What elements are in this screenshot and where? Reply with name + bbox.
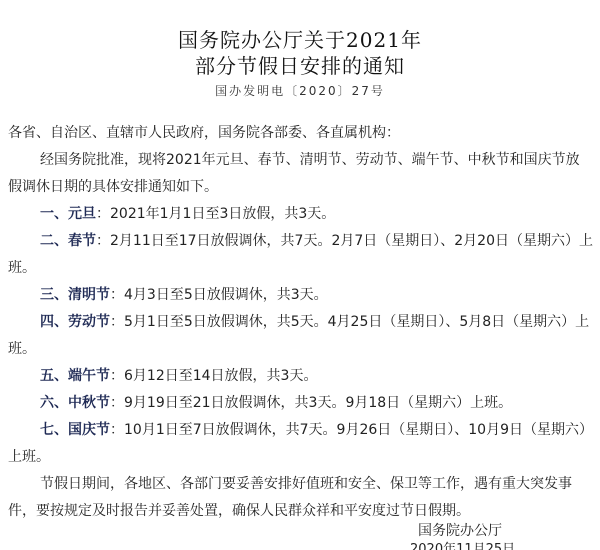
- intro-line-2: 假调休日期的具体安排通知如下。: [8, 178, 218, 196]
- holiday-name: 元旦: [68, 206, 96, 222]
- item-number: 六、: [40, 395, 68, 411]
- holiday-item-dragon-boat: 五、端午节：6月12日至14日放假，共3天。: [40, 367, 317, 385]
- closing-line-1: 节假日期间，各地区、各部门要妥善安排好值班和安全、保卫等工作，遇有重大突发事: [40, 475, 572, 493]
- holiday-item-national-day: 七、国庆节：10月1日至7日放假调休，共7天。9月26日（星期日）、10月9日（…: [40, 421, 593, 439]
- salutation: 各省、自治区、直辖市人民政府，国务院各部委、各直属机构：: [8, 124, 400, 142]
- holiday-item-qingming: 三、清明节：4月3日至5日放假调休，共3天。: [40, 286, 328, 304]
- holiday-detail: ：4月3日至5日放假调休，共3天。: [110, 287, 328, 303]
- holiday-name: 国庆节: [68, 422, 110, 438]
- holiday-detail: ：2月11日至17日放假调休，共7天。2月7日（星期日）、2月20日（星期六）上: [96, 233, 593, 249]
- holiday-item-continuation: 班。: [8, 259, 36, 277]
- signature-date: 2020年11月25日: [410, 538, 515, 550]
- intro-line-1: 经国务院批准，现将2021年元旦、春节、清明节、劳动节、端午节、中秋节和国庆节放: [40, 151, 580, 169]
- document-title-line2: 部分节假日安排的通知: [0, 50, 600, 79]
- holiday-item-continuation: 上班。: [8, 448, 50, 466]
- document-number: 国办发明电〔2020〕27号: [0, 82, 600, 99]
- holiday-detail: ：6月12日至14日放假，共3天。: [110, 368, 317, 384]
- item-number: 二、: [40, 233, 68, 249]
- item-number: 五、: [40, 368, 68, 384]
- holiday-detail: ：5月1日至5日放假调休，共5天。4月25日（星期日）、5月8日（星期六）上: [110, 314, 589, 330]
- signature-org: 国务院办公厅: [418, 520, 502, 540]
- document-title-line1: 国务院办公厅关于2021年: [0, 24, 600, 53]
- item-number: 七、: [40, 422, 68, 438]
- holiday-item-continuation: 班。: [8, 340, 36, 358]
- holiday-item-mid-autumn: 六、中秋节：9月19日至21日放假调休，共3天。9月18日（星期六）上班。: [40, 394, 512, 412]
- holiday-name: 中秋节: [68, 395, 110, 411]
- holiday-name: 清明节: [68, 287, 110, 303]
- holiday-name: 春节: [68, 233, 96, 249]
- holiday-item-spring-festival: 二、春节：2月11日至17日放假调休，共7天。2月7日（星期日）、2月20日（星…: [40, 232, 593, 250]
- holiday-detail: ：2021年1月1日至3日放假，共3天。: [96, 206, 335, 222]
- item-number: 一、: [40, 206, 68, 222]
- holiday-name: 端午节: [68, 368, 110, 384]
- holiday-detail: ：10月1日至7日放假调休，共7天。9月26日（星期日）、10月9日（星期六）: [110, 422, 593, 438]
- item-number: 三、: [40, 287, 68, 303]
- closing-line-2: 件，要按规定及时报告并妥善处置，确保人民群众祥和平安度过节日假期。: [8, 502, 470, 520]
- holiday-item-new-year: 一、元旦：2021年1月1日至3日放假，共3天。: [40, 205, 335, 223]
- item-number: 四、: [40, 314, 68, 330]
- holiday-detail: ：9月19日至21日放假调休，共3天。9月18日（星期六）上班。: [110, 395, 512, 411]
- holiday-item-labor-day: 四、劳动节：5月1日至5日放假调休，共5天。4月25日（星期日）、5月8日（星期…: [40, 313, 589, 331]
- holiday-name: 劳动节: [68, 314, 110, 330]
